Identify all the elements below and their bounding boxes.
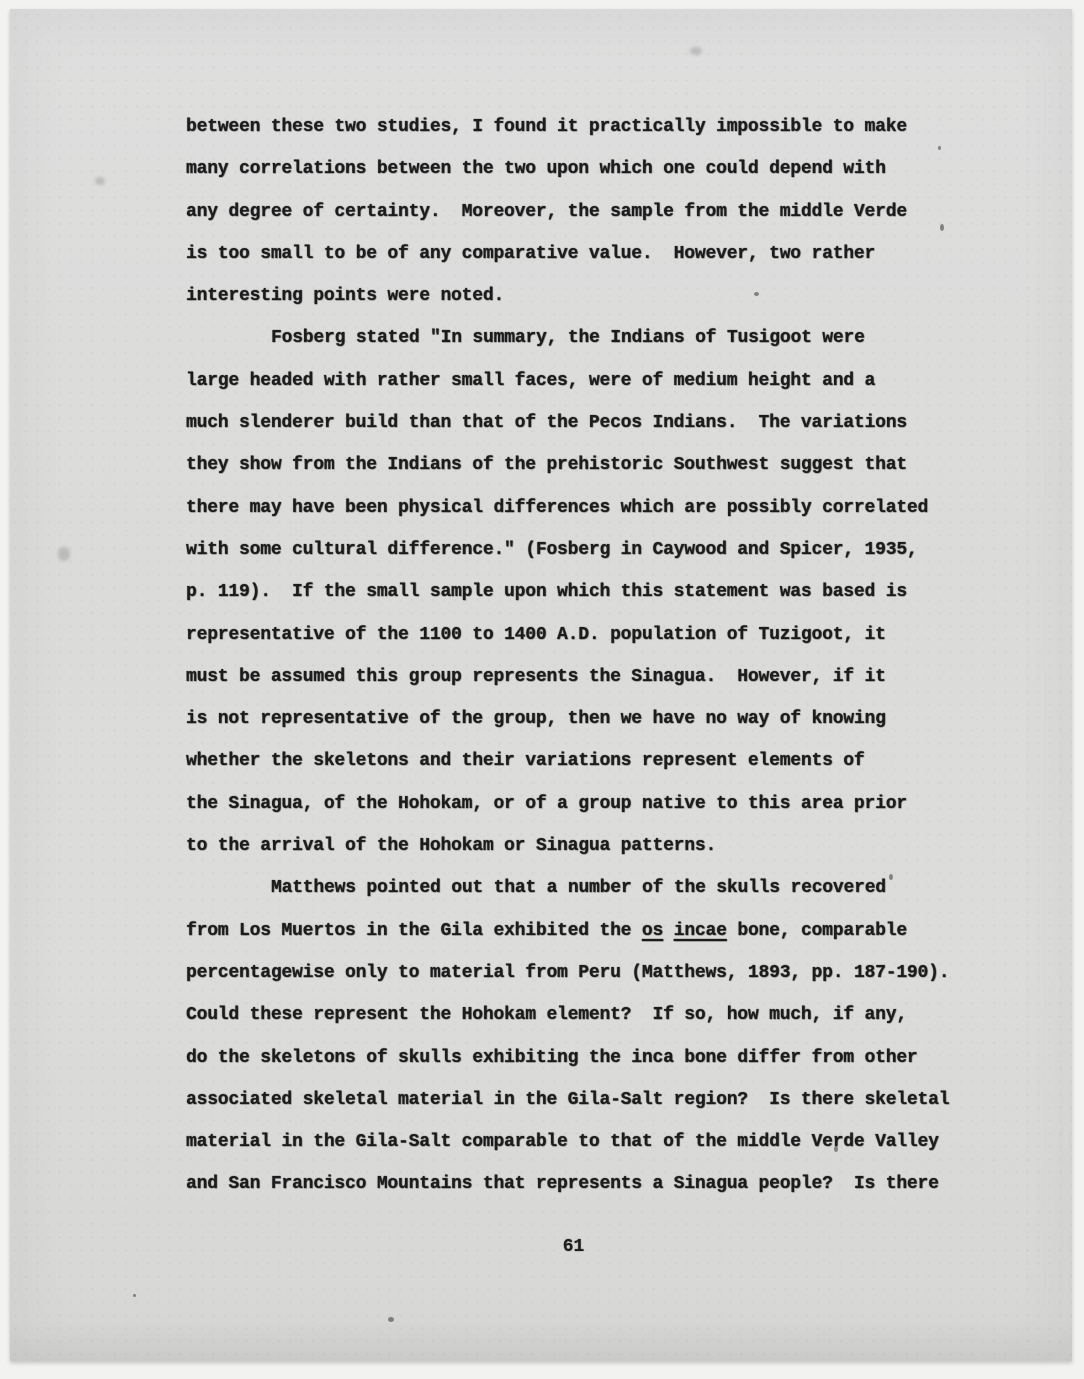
page-number: 61 <box>186 1237 961 1257</box>
scan-smudge <box>95 177 105 185</box>
scan-artifact <box>938 146 941 150</box>
text-line: much slenderer build than that of the Pe… <box>186 402 961 444</box>
text-line: material in the Gila-Salt comparable to … <box>186 1121 961 1163</box>
text-line: must be assumed this group represents th… <box>186 656 961 698</box>
text-line: they show from the Indians of the prehis… <box>186 444 961 486</box>
scan-artifact <box>388 1317 394 1322</box>
scan-smudge <box>58 547 70 561</box>
text-line: interesting points were noted. <box>186 275 961 317</box>
scan-artifact <box>834 1146 838 1152</box>
text-line: representative of the 1100 to 1400 A.D. … <box>186 614 961 656</box>
text-line: is too small to be of any comparative va… <box>186 233 961 275</box>
text-line: any degree of certainty. Moreover, the s… <box>186 191 961 233</box>
text-line: with some cultural difference." (Fosberg… <box>186 529 961 571</box>
text-line: the Sinagua, of the Hohokam, or of a gro… <box>186 783 961 825</box>
text-line: associated skeletal material in the Gila… <box>186 1079 961 1121</box>
scan-smudge <box>690 47 702 55</box>
underlined-term: incae <box>674 921 727 941</box>
text-line: percentagewise only to material from Per… <box>186 952 961 994</box>
text-line: Could these represent the Hohokam elemen… <box>186 994 961 1036</box>
scan-artifact <box>940 224 944 231</box>
text-line: and San Francisco Mountains that represe… <box>186 1163 961 1205</box>
text-line: many correlations between the two upon w… <box>186 148 961 190</box>
scan-artifact <box>133 1294 136 1297</box>
paper: between these two studies, I found it pr… <box>10 9 1072 1361</box>
text-line: large headed with rather small faces, we… <box>186 360 961 402</box>
text-line: p. 119). If the small sample upon which … <box>186 571 961 613</box>
text-line: there may have been physical differences… <box>186 487 961 529</box>
text-line: is not representative of the group, then… <box>186 698 961 740</box>
text-line: whether the skeletons and their variatio… <box>186 740 961 782</box>
scan-artifact <box>754 292 759 296</box>
underlined-term: os <box>642 921 663 941</box>
text-line: from Los Muertos in the Gila exhibited t… <box>186 910 961 952</box>
text-line: do the skeletons of skulls exhibiting th… <box>186 1037 961 1079</box>
text-line: Fosberg stated "In summary, the Indians … <box>186 317 961 359</box>
text-line: between these two studies, I found it pr… <box>186 106 961 148</box>
text-line: Matthews pointed out that a number of th… <box>186 867 961 909</box>
typewritten-text: between these two studies, I found it pr… <box>186 106 961 1206</box>
scan-artifact <box>889 874 893 880</box>
text-line: to the arrival of the Hohokam or Sinagua… <box>186 825 961 867</box>
scanned-page: between these two studies, I found it pr… <box>0 0 1084 1379</box>
